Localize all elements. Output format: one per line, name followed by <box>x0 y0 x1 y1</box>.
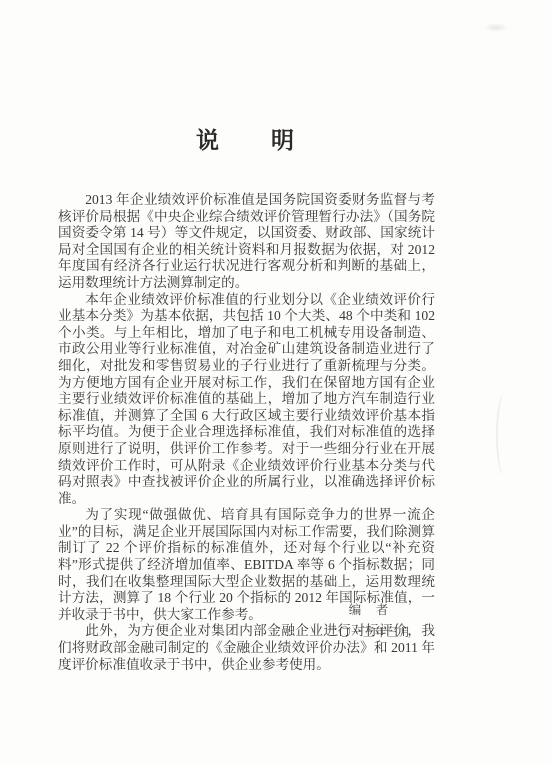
page-title: 说 明 <box>58 122 434 155</box>
scanned-book-page: 说 明 2013 年企业绩效评价标准值是国务院国资委财务监督与考核评价局根据《中… <box>0 0 552 765</box>
signature-block: 编 者 二〇一三年三月 <box>58 600 435 641</box>
paragraph-2: 本年企业绩效评价标准值的行业划分以《企业绩效评价行业基本分类》为基本依据，共包括… <box>58 292 435 508</box>
scan-smudge-artifact <box>484 23 508 32</box>
editor-signature: 编 者 <box>327 600 411 618</box>
paragraph-1: 2013 年企业绩效评价标准值是国务院国资委财务监督与考核评价局根据《中央企业综… <box>58 192 435 292</box>
signature-inner: 编 者 二〇一三年三月 <box>327 600 411 640</box>
scan-curve-artifact <box>496 395 512 475</box>
signature-date: 二〇一三年三月 <box>327 624 411 640</box>
